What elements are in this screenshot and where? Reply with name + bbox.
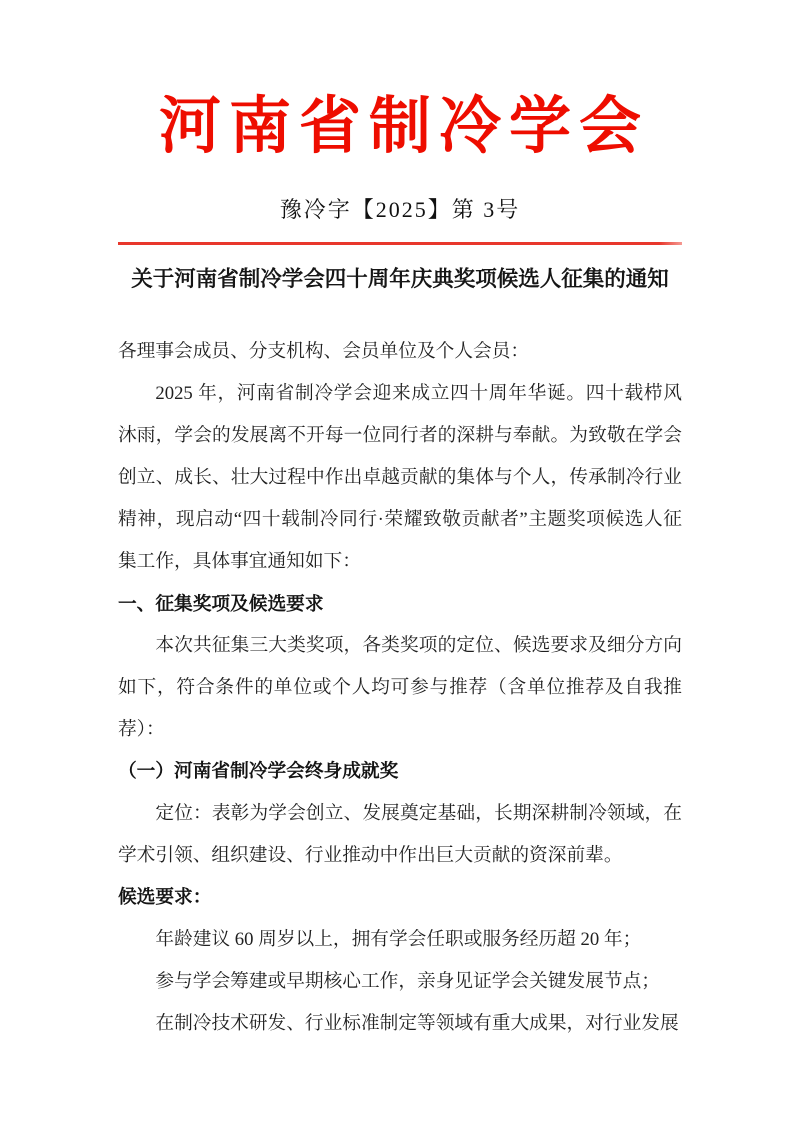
document-title: 关于河南省制冷学会四十周年庆典奖项候选人征集的通知 [100, 266, 700, 293]
requirement-line: 参与学会筹建或早期核心工作，亲身见证学会关键发展节点； [118, 961, 682, 1003]
award-1-heading: （一）河南省制冷学会终身成就奖 [118, 751, 682, 793]
award-1-positioning-paragraph: 定位：表彰为学会创立、发展奠定基础，长期深耕制冷领域，在学术引领、组织建设、行业… [118, 793, 682, 877]
requirement-line: 在制冷技术研发、行业标准制定等领域有重大成果，对行业发展 [118, 1003, 682, 1045]
intro-paragraph: 2025 年，河南省制冷学会迎来成立四十周年华诞。四十载栉风沐雨，学会的发展离不… [118, 373, 682, 583]
requirements-label: 候选要求： [118, 877, 682, 919]
section-1-heading: 一、征集奖项及候选要求 [118, 583, 682, 625]
section-1-intro-paragraph: 本次共征集三大类奖项，各类奖项的定位、候选要求及细分方向如下，符合条件的单位或个… [118, 625, 682, 751]
requirement-line: 年龄建议 60 周岁以上，拥有学会任职或服务经历超 20 年； [118, 919, 682, 961]
doc-number: 豫冷字【2025】第 3号 [0, 197, 800, 223]
document-body: 各理事会成员、分支机构、会员单位及个人会员： 2025 年，河南省制冷学会迎来成… [118, 331, 682, 1045]
salutation: 各理事会成员、分支机构、会员单位及个人会员： [118, 331, 682, 373]
official-notice-page: 河南省制冷学会 豫冷字【2025】第 3号 关于河南省制冷学会四十周年庆典奖项候… [0, 0, 800, 1131]
org-name-header: 河南省制冷学会 [0, 92, 800, 163]
red-divider-line [118, 242, 682, 245]
